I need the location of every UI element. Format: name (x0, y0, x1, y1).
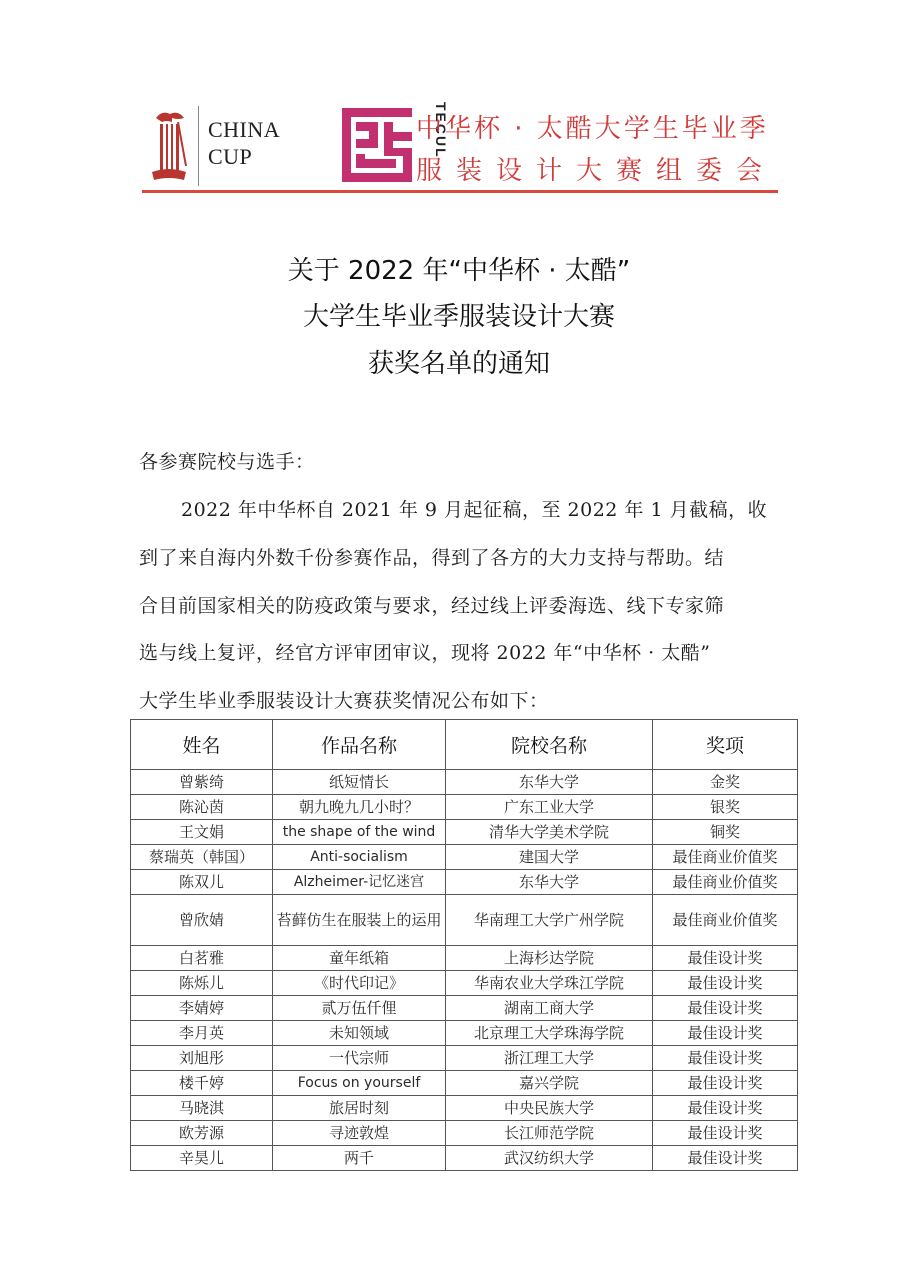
body-line: 合目前国家相关的防疫政策与要求，经过线上评委海选、线下专家筛 (139, 591, 724, 618)
cell-name: 陈双儿 (131, 870, 273, 895)
table-row: 陈沁茵 朝九晚九几小时？ 广东工业大学 银奖 (131, 795, 798, 820)
cell-award: 最佳设计奖 (653, 1046, 798, 1071)
cell-work-title: 《时代印记》 (273, 971, 446, 996)
table-row: 蔡瑞英（韩国） Anti-socialism 建国大学 最佳商业价值奖 (131, 845, 798, 870)
cell-work-title: 寻迹敦煌 (273, 1121, 446, 1146)
organizer-name-line-2: 服装设计大赛组委会 (416, 150, 776, 187)
table-header-row: 姓名 作品名称 院校名称 奖项 (131, 720, 798, 770)
cell-school: 华南农业大学珠江学院 (446, 971, 653, 996)
cell-work-title: the shape of the wind (273, 820, 446, 845)
table-row: 陈双儿 Alzheimer-记忆迷宫 东华大学 最佳商业价值奖 (131, 870, 798, 895)
body-line: 到了来自海内外数千份参赛作品，得到了各方的大力支持与帮助。结 (139, 543, 724, 570)
header-name: 姓名 (131, 720, 273, 770)
salutation: 各参赛院校与选手： (139, 447, 315, 474)
table-row: 李婧婷 贰万伍仟俚 湖南工商大学 最佳设计奖 (131, 996, 798, 1021)
tecul-logo-icon (342, 108, 412, 182)
cell-work-title: Anti-socialism (273, 845, 446, 870)
cell-work-title: 一代宗师 (273, 1046, 446, 1071)
table-row: 刘旭彤 一代宗师 浙江理工大学 最佳设计奖 (131, 1046, 798, 1071)
cell-name: 刘旭彤 (131, 1046, 273, 1071)
table-row: 辛昊儿 两千 武汉纺织大学 最佳设计奖 (131, 1146, 798, 1171)
cell-work-title: 纸短情长 (273, 770, 446, 795)
brand-line-2: CUP (208, 143, 280, 170)
cell-name: 曾紫绮 (131, 770, 273, 795)
table-row: 欧芳源 寻迹敦煌 长江师范学院 最佳设计奖 (131, 1121, 798, 1146)
cell-school: 嘉兴学院 (446, 1071, 653, 1096)
cell-school: 华南理工大学广州学院 (446, 895, 653, 946)
table-row: 李月英 未知领域 北京理工大学珠海学院 最佳设计奖 (131, 1021, 798, 1046)
cell-award: 最佳商业价值奖 (653, 870, 798, 895)
cell-work-title: 未知领域 (273, 1021, 446, 1046)
table-row: 楼千婷 Focus on yourself 嘉兴学院 最佳设计奖 (131, 1071, 798, 1096)
table-row: 马晓淇 旅居时刻 中央民族大学 最佳设计奖 (131, 1096, 798, 1121)
cell-award: 最佳设计奖 (653, 946, 798, 971)
brand-line-1: CHINA (208, 116, 280, 143)
header-work-title: 作品名称 (273, 720, 446, 770)
table-row: 曾紫绮 纸短情长 东华大学 金奖 (131, 770, 798, 795)
header-award: 奖项 (653, 720, 798, 770)
table-row: 白茗雅 童年纸箱 上海杉达学院 最佳设计奖 (131, 946, 798, 971)
cell-award: 最佳商业价值奖 (653, 895, 798, 946)
cell-name: 蔡瑞英（韩国） (131, 845, 273, 870)
cell-work-title: 童年纸箱 (273, 946, 446, 971)
cell-school: 北京理工大学珠海学院 (446, 1021, 653, 1046)
china-cup-wordmark: CHINA CUP (208, 116, 280, 170)
cell-award: 最佳设计奖 (653, 1121, 798, 1146)
body-line: 大学生毕业季服装设计大赛获奖情况公布如下： (139, 686, 549, 713)
cell-work-title: 朝九晚九几小时？ (273, 795, 446, 820)
cell-name: 欧芳源 (131, 1121, 273, 1146)
cell-name: 李婧婷 (131, 996, 273, 1021)
cell-name: 陈烁儿 (131, 971, 273, 996)
cell-work-title: 旅居时刻 (273, 1096, 446, 1121)
logo-divider (198, 106, 199, 186)
cell-name: 辛昊儿 (131, 1146, 273, 1171)
cell-award: 金奖 (653, 770, 798, 795)
cell-award: 最佳设计奖 (653, 996, 798, 1021)
cell-work-title: Alzheimer-记忆迷宫 (273, 870, 446, 895)
notice-title-line-2: 大学生毕业季服装设计大赛 (0, 296, 918, 333)
letterhead: CHINA CUP TECUL 中华杯 · 太酷大学生毕业季 服装设计大赛组委会 (146, 100, 782, 196)
cell-award: 铜奖 (653, 820, 798, 845)
cell-award: 最佳设计奖 (653, 1146, 798, 1171)
cell-work-title: 两千 (273, 1146, 446, 1171)
cell-name: 马晓淇 (131, 1096, 273, 1121)
body-line: 选与线上复评，经官方评审团审议，现将 2022 年“中华杯 · 太酷” (139, 638, 710, 665)
cell-school: 武汉纺织大学 (446, 1146, 653, 1171)
cell-school: 建国大学 (446, 845, 653, 870)
cell-name: 楼千婷 (131, 1071, 273, 1096)
cell-name: 李月英 (131, 1021, 273, 1046)
cell-school: 清华大学美术学院 (446, 820, 653, 845)
awards-table: 姓名 作品名称 院校名称 奖项 曾紫绮 纸短情长 东华大学 金奖 陈沁茵 朝九晚… (130, 719, 798, 1171)
notice-title-line-1: 关于 2022 年“中华杯 · 太酷” (0, 250, 918, 287)
cell-award: 最佳设计奖 (653, 1071, 798, 1096)
cell-work-title: 贰万伍仟俚 (273, 996, 446, 1021)
cell-school: 东华大学 (446, 870, 653, 895)
china-cup-emblem-icon (148, 108, 190, 184)
table-row: 曾欣婧 苔藓仿生在服装上的运用 华南理工大学广州学院 最佳商业价值奖 (131, 895, 798, 946)
cell-work-title: Focus on yourself (273, 1071, 446, 1096)
cell-award: 最佳设计奖 (653, 1096, 798, 1121)
cell-name: 陈沁茵 (131, 795, 273, 820)
cell-award: 最佳设计奖 (653, 1021, 798, 1046)
cell-school: 上海杉达学院 (446, 946, 653, 971)
header-school: 院校名称 (446, 720, 653, 770)
cell-award: 最佳商业价值奖 (653, 845, 798, 870)
cell-award: 最佳设计奖 (653, 971, 798, 996)
notice-title-line-3: 获奖名单的通知 (0, 343, 918, 380)
cell-work-title: 苔藓仿生在服装上的运用 (273, 895, 446, 946)
table-row: 陈烁儿 《时代印记》 华南农业大学珠江学院 最佳设计奖 (131, 971, 798, 996)
organizer-name-line-1: 中华杯 · 太酷大学生毕业季 (416, 108, 769, 145)
cell-award: 银奖 (653, 795, 798, 820)
cell-school: 中央民族大学 (446, 1096, 653, 1121)
cell-name: 曾欣婧 (131, 895, 273, 946)
cell-name: 白茗雅 (131, 946, 273, 971)
table-row: 王文娟 the shape of the wind 清华大学美术学院 铜奖 (131, 820, 798, 845)
cell-school: 广东工业大学 (446, 795, 653, 820)
cell-school: 长江师范学院 (446, 1121, 653, 1146)
body-line: 2022 年中华杯自 2021 年 9 月起征稿，至 2022 年 1 月截稿，… (181, 495, 767, 522)
cell-school: 东华大学 (446, 770, 653, 795)
letterhead-divider (142, 190, 778, 193)
cell-school: 浙江理工大学 (446, 1046, 653, 1071)
cell-name: 王文娟 (131, 820, 273, 845)
cell-school: 湖南工商大学 (446, 996, 653, 1021)
